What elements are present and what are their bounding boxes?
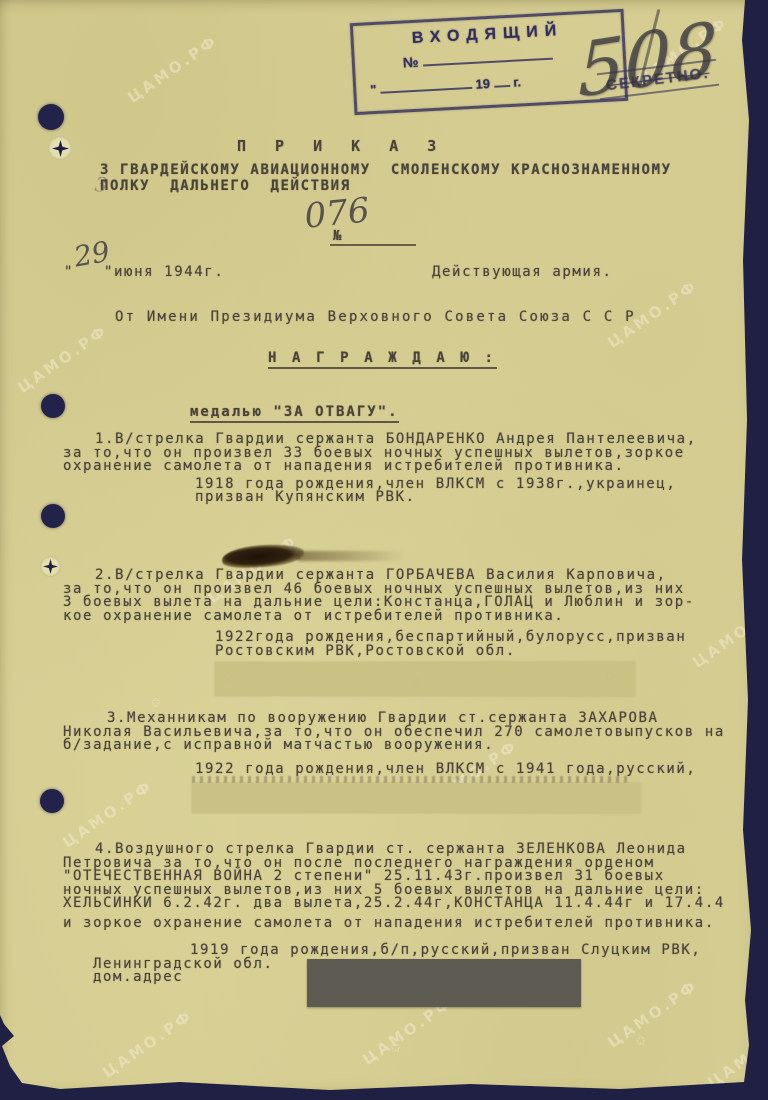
archive-watermark: ЦАМО.РФ bbox=[14, 321, 111, 396]
redaction-box bbox=[215, 662, 635, 696]
paper-sheet: ЦАМО.РФ ЦАМО.РФ ЦАМО.РФ ЦАМО.РФ ЦАМО.РФ … bbox=[0, 0, 768, 1100]
acting-army-label: Действующая армия. bbox=[432, 264, 613, 280]
detail-line: призван Купянским РВК. bbox=[195, 491, 758, 505]
order-paragraph-2: 2.В/стрелка Гвардии сержанта ГОРБАЧЕВА В… bbox=[63, 569, 758, 658]
addressee-line-2: ПОЛКУ ДАЛЬНЕГО ДЕЙСТВИЯ bbox=[100, 180, 351, 194]
award-heading: Н А Г Р А Ж Д А Ю : bbox=[268, 350, 497, 369]
medal-heading: медалью "ЗА ОТВАГУ". bbox=[190, 404, 399, 423]
punch-hole bbox=[40, 789, 64, 813]
ink-blot-stain bbox=[221, 542, 304, 570]
detail-line: Ростовским РВК,Ростовской обл. bbox=[215, 645, 758, 659]
preamble: От Имени Президиума Верховного Совета Со… bbox=[115, 309, 636, 325]
paragraph-line: ХЕЛЬСИНКИ 6.2.42г. два вылета,25.2.44г,К… bbox=[63, 897, 758, 911]
number-underline bbox=[330, 244, 416, 246]
blank-line bbox=[422, 48, 552, 67]
handwritten-order-number: 076 bbox=[303, 193, 371, 234]
year-prefix: 19 bbox=[475, 76, 490, 92]
number-sign: № bbox=[402, 54, 418, 71]
addressee-line-1: 3 ГВАРДЕЙСКОМУ АВИАЦИОННОМУ СМОЛЕНСКОМУ … bbox=[100, 164, 672, 178]
star-watermark-icon: ✩ bbox=[390, 1035, 401, 1057]
paragraph-line: кое охранение самолета от истребителей п… bbox=[63, 610, 758, 624]
archive-watermark: ЦАМО.РФ bbox=[704, 1016, 768, 1091]
star-watermark-icon: ✩ bbox=[635, 1028, 646, 1050]
year-suffix: г. bbox=[513, 74, 522, 89]
order-title: П Р И К А З bbox=[237, 137, 446, 155]
ink-blot-smear bbox=[295, 551, 405, 561]
punch-hole bbox=[38, 104, 64, 130]
open-quote: " bbox=[370, 82, 377, 97]
punch-hole bbox=[41, 394, 65, 418]
faded-letter-tops bbox=[192, 776, 632, 783]
order-paragraph-1: 1.В/стрелка Гвардии сержанта БОНДАРЕНКО … bbox=[63, 433, 758, 505]
paragraph-line: и зоркое охранение самолета от нападения… bbox=[63, 917, 758, 931]
detail-line: 1922 года рождения,член ВЛКСМ с 1941 год… bbox=[195, 763, 758, 777]
redaction-box bbox=[192, 783, 640, 813]
blank-line bbox=[493, 75, 510, 88]
detail-line: 1919 года рождения,б/п,русский,призван С… bbox=[190, 944, 758, 958]
archive-watermark: ЦАМО.РФ bbox=[124, 31, 221, 106]
star-watermark-icon: ✩ bbox=[150, 690, 161, 712]
date-typed: "июня 1944г. bbox=[104, 264, 224, 280]
document-scan: ЦАМО.РФ ЦАМО.РФ ЦАМО.РФ ЦАМО.РФ ЦАМО.РФ … bbox=[0, 0, 768, 1100]
blank-line bbox=[380, 77, 473, 94]
redaction-box bbox=[307, 959, 581, 1007]
paragraph-line: охранение самолета от нападения истребит… bbox=[63, 460, 758, 474]
handwritten-register-number: 508 bbox=[578, 14, 718, 107]
order-paragraph-3: 3.Механникам по вооружению Гвардии ст.се… bbox=[63, 712, 758, 785]
archive-watermark: ЦАМО.РФ bbox=[604, 976, 701, 1051]
paragraph-line: б/задание,с исправной матчастью вооружен… bbox=[63, 739, 758, 753]
punch-hole bbox=[41, 504, 65, 528]
archive-watermark: ЦАМО.РФ bbox=[99, 1006, 196, 1081]
date-open-quote: " bbox=[64, 264, 74, 280]
